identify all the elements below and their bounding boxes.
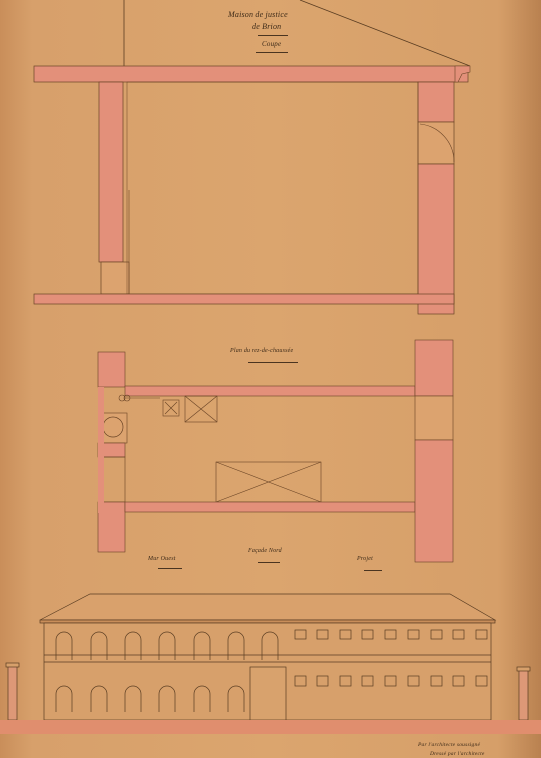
elevation-label-left-underline (158, 568, 182, 569)
elevation-label-left: Mur Ouest (148, 556, 176, 562)
elevation-label-center-underline (258, 562, 280, 563)
ground-line (0, 720, 541, 734)
title-underline (258, 35, 288, 36)
title-line-1: Maison de justice (228, 10, 288, 19)
elevation-label-right-underline (364, 570, 382, 571)
drawing-linework (0, 0, 541, 758)
section-label: Coupe (262, 40, 281, 48)
section-underline (256, 52, 288, 53)
floor-plan-drawing (98, 340, 453, 562)
floor-plan-underline (248, 362, 298, 363)
signature-line-1: Par l'architecte soussigné (418, 742, 480, 748)
signature-line-2: Dressé par l'architecte (430, 751, 485, 757)
elevation-label-right: Projet (357, 556, 373, 562)
section-drawing (34, 66, 470, 314)
architectural-drawing-sheet: Maison de justice de Brion Coupe Plan du… (0, 0, 541, 758)
elevation-label-center: Façade Nord (248, 548, 282, 554)
floor-plan-label: Plan du rez-de-chaussée (230, 348, 293, 354)
facade-elevation-drawing (6, 594, 530, 720)
title-line-2: de Brion (252, 22, 281, 31)
